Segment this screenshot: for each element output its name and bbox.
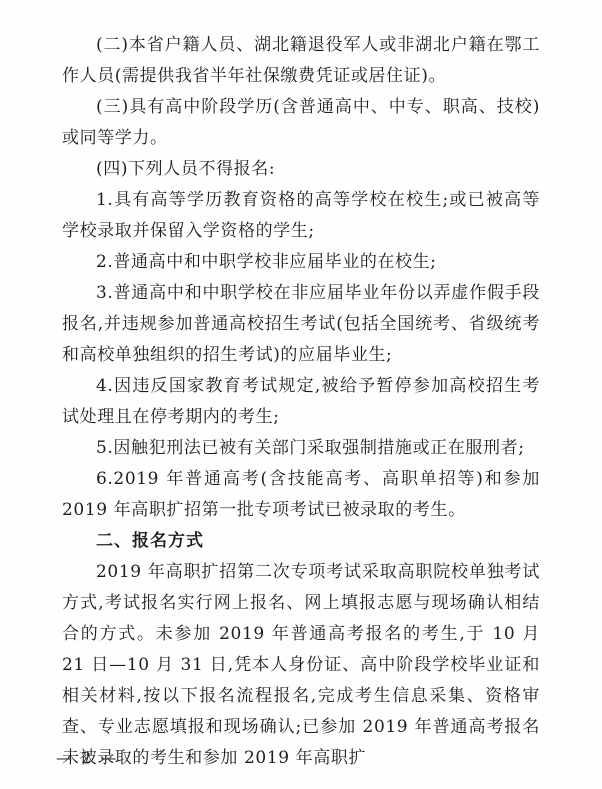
document-page: (二)本省户籍人员、湖北籍退役军人或非湖北户籍在鄂工作人员(需提供我省半年社保缴… — [0, 0, 602, 789]
paragraph-ineligible-item-6: 6.2019 年普通高考(含技能高考、高职单招等)和参加 2019 年高职扩招第… — [62, 464, 540, 526]
paragraph-ineligible-item-1: 1.具有高等学历教育资格的高等学校在校生;或已被高等学校录取并保留入学资格的学生… — [62, 185, 540, 247]
page-number: — 2 — — [56, 748, 118, 767]
section-heading-registration-method: 二、报名方式 — [62, 526, 540, 557]
paragraph-ineligible-item-5: 5.因触犯刑法已被有关部门采取强制措施或正在服刑者; — [62, 433, 540, 464]
paragraph-eligibility-2: (二)本省户籍人员、湖北籍退役军人或非湖北户籍在鄂工作人员(需提供我省半年社保缴… — [62, 30, 540, 92]
paragraph-ineligible-item-4: 4.因违反国家教育考试规定,被给予暂停参加高校招生考试处理且在停考期内的考生; — [62, 371, 540, 433]
paragraph-registration-method: 2019 年高职扩招第二次专项考试采取高职院校单独考试方式,考试报名实行网上报名… — [62, 557, 540, 774]
paragraph-ineligible-intro: (四)下列人员不得报名: — [62, 154, 540, 185]
paragraph-ineligible-item-3: 3.普通高中和中职学校在非应届毕业年份以弄虚作假手段报名,并违规参加普通高校招生… — [62, 278, 540, 371]
document-body: (二)本省户籍人员、湖北籍退役军人或非湖北户籍在鄂工作人员(需提供我省半年社保缴… — [62, 30, 540, 774]
paragraph-ineligible-item-2: 2.普通高中和中职学校非应届毕业的在校生; — [62, 247, 540, 278]
paragraph-eligibility-3: (三)具有高中阶段学历(含普通高中、中专、职高、技校)或同等学力。 — [62, 92, 540, 154]
